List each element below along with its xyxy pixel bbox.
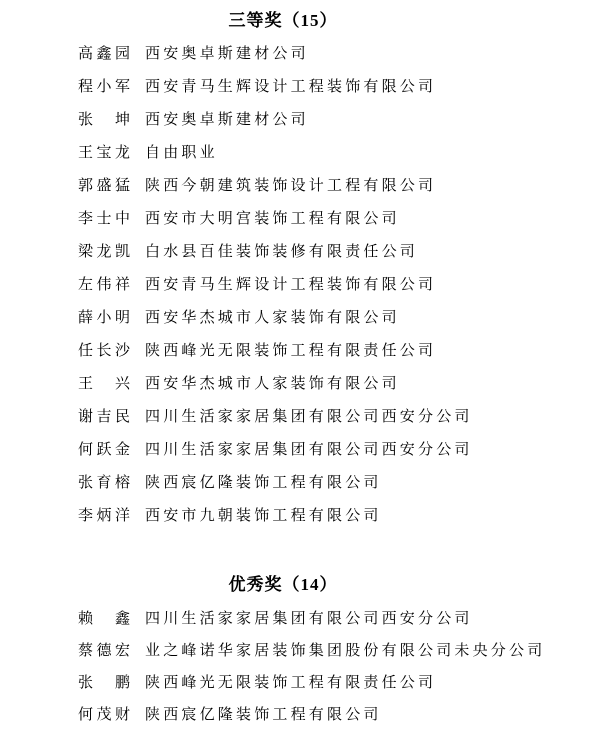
winner-name: 张 鹏 <box>78 671 145 692</box>
winner-name: 王宝龙 <box>78 141 145 162</box>
winner-company: 西安华杰城市人家装饰有限公司 <box>145 306 400 327</box>
winner-row: 高鑫园西安奥卓斯建材公司 <box>0 36 600 69</box>
winner-row: 郭盛猛陕西今朝建筑装饰设计工程有限公司 <box>0 168 600 201</box>
winner-company: 陕西今朝建筑装饰设计工程有限公司 <box>145 174 436 195</box>
winner-company: 陕西峰光无限装饰工程有限责任公司 <box>145 671 436 692</box>
winner-company: 西安奥卓斯建材公司 <box>145 108 309 129</box>
winner-row: 左伟祥西安青马生辉设计工程装饰有限公司 <box>0 267 600 300</box>
winner-name: 谢吉民 <box>78 405 145 426</box>
winner-name: 何跃金 <box>78 438 145 459</box>
winner-company: 四川生活家家居集团有限公司西安分公司 <box>145 405 473 426</box>
winner-row: 谢吉民四川生活家家居集团有限公司西安分公司 <box>0 399 600 432</box>
winner-name: 蔡德宏 <box>78 639 145 660</box>
winner-name: 郭盛猛 <box>78 174 145 195</box>
winner-name: 王 兴 <box>78 372 145 393</box>
winner-name: 程小军 <box>78 75 145 96</box>
winner-row: 王 兴西安华杰城市人家装饰有限公司 <box>0 366 600 399</box>
winner-row: 何跃金四川生活家家居集团有限公司西安分公司 <box>0 432 600 465</box>
document-page: 三等奖（15） 高鑫园西安奥卓斯建材公司程小军西安青马生辉设计工程装饰有限公司张… <box>0 0 600 729</box>
winner-name: 何茂财 <box>78 703 145 724</box>
winner-company: 陕西宸亿隆装饰工程有限公司 <box>145 471 382 492</box>
winner-company: 西安青马生辉设计工程装饰有限公司 <box>145 75 436 96</box>
section-title-third-prize: 三等奖（15） <box>0 0 566 32</box>
winner-row: 王宝龙自由职业 <box>0 135 600 168</box>
winner-name: 李炳洋 <box>78 504 145 525</box>
winner-row: 李士中西安市大明宫装饰工程有限公司 <box>0 201 600 234</box>
winner-row: 程小军西安青马生辉设计工程装饰有限公司 <box>0 69 600 102</box>
winner-row: 张 鹏陕西峰光无限装饰工程有限责任公司 <box>0 665 600 697</box>
winner-row: 李炳洋西安市九朝装饰工程有限公司 <box>0 498 600 531</box>
winner-row: 赖 鑫四川生活家家居集团有限公司西安分公司 <box>0 601 600 633</box>
winner-name: 任长沙 <box>78 339 145 360</box>
winner-row: 蔡德宏业之峰诺华家居装饰集团股份有限公司未央分公司 <box>0 633 600 665</box>
winner-company: 四川生活家家居集团有限公司西安分公司 <box>145 607 473 628</box>
winner-company: 自由职业 <box>145 141 218 162</box>
winner-company: 业之峰诺华家居装饰集团股份有限公司未央分公司 <box>145 639 545 660</box>
winner-list-third-prize: 高鑫园西安奥卓斯建材公司程小军西安青马生辉设计工程装饰有限公司张 坤西安奥卓斯建… <box>0 36 600 531</box>
winner-company: 四川生活家家居集团有限公司西安分公司 <box>145 438 473 459</box>
winner-name: 张育榕 <box>78 471 145 492</box>
winner-list-excellence: 赖 鑫四川生活家家居集团有限公司西安分公司蔡德宏业之峰诺华家居装饰集团股份有限公… <box>0 601 600 729</box>
winner-company: 西安市九朝装饰工程有限公司 <box>145 504 382 525</box>
winner-row: 梁龙凯白水县百佳装饰装修有限责任公司 <box>0 234 600 267</box>
winner-company: 陕西峰光无限装饰工程有限责任公司 <box>145 339 436 360</box>
winner-name: 高鑫园 <box>78 42 145 63</box>
winner-name: 张 坤 <box>78 108 145 129</box>
winner-company: 白水县百佳装饰装修有限责任公司 <box>145 240 418 261</box>
winner-company: 西安奥卓斯建材公司 <box>145 42 309 63</box>
winner-name: 薛小明 <box>78 306 145 327</box>
winner-row: 张育榕陕西宸亿隆装饰工程有限公司 <box>0 465 600 498</box>
winner-name: 赖 鑫 <box>78 607 145 628</box>
award-section-excellence: 优秀奖（14） 赖 鑫四川生活家家居集团有限公司西安分公司蔡德宏业之峰诺华家居装… <box>0 574 600 729</box>
winner-company: 西安华杰城市人家装饰有限公司 <box>145 372 400 393</box>
winner-row: 薛小明西安华杰城市人家装饰有限公司 <box>0 300 600 333</box>
winner-company: 陕西宸亿隆装饰工程有限公司 <box>145 703 382 724</box>
winner-company: 西安青马生辉设计工程装饰有限公司 <box>145 273 436 294</box>
winner-name: 李士中 <box>78 207 145 228</box>
winner-name: 左伟祥 <box>78 273 145 294</box>
winner-row: 何茂财陕西宸亿隆装饰工程有限公司 <box>0 697 600 729</box>
section-title-excellence: 优秀奖（14） <box>0 574 566 596</box>
winner-row: 张 坤西安奥卓斯建材公司 <box>0 102 600 135</box>
winner-name: 梁龙凯 <box>78 240 145 261</box>
winner-row: 任长沙陕西峰光无限装饰工程有限责任公司 <box>0 333 600 366</box>
winner-company: 西安市大明宫装饰工程有限公司 <box>145 207 400 228</box>
award-section-third-prize: 三等奖（15） 高鑫园西安奥卓斯建材公司程小军西安青马生辉设计工程装饰有限公司张… <box>0 0 600 531</box>
